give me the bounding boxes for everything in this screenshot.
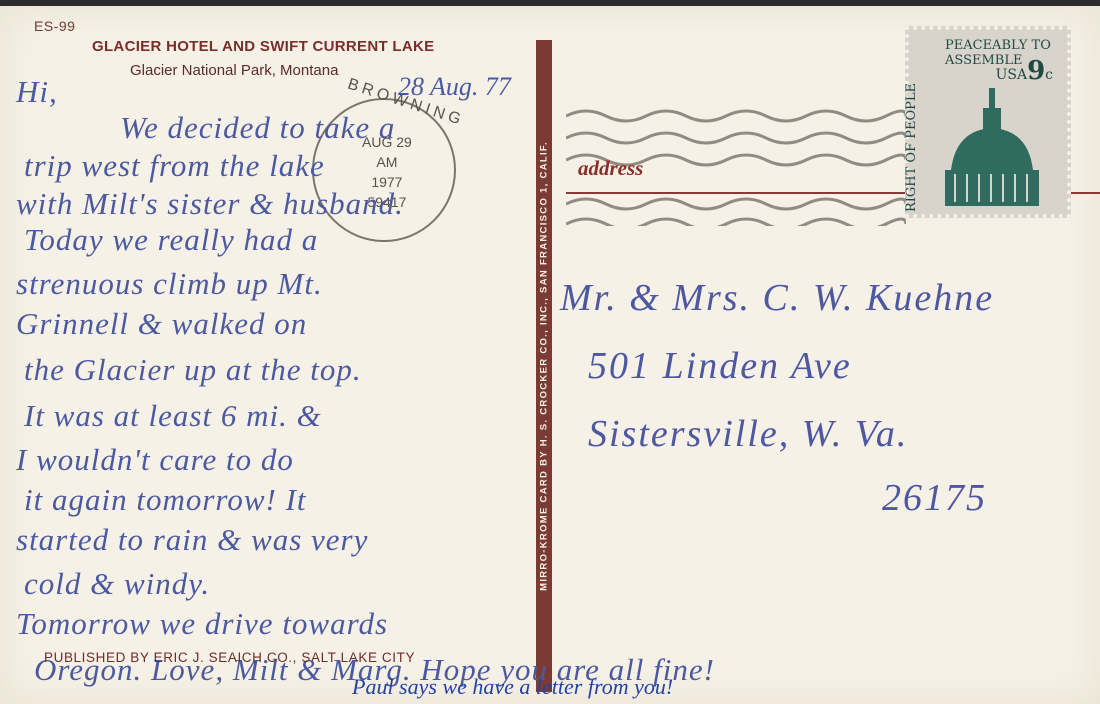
capitol-dome-icon: [931, 80, 1061, 210]
message-date: 28 Aug. 77: [398, 72, 511, 102]
card-code: ES-99: [34, 18, 75, 34]
message-line: I wouldn't care to do: [16, 442, 294, 478]
message-line: strenuous climb up Mt.: [16, 266, 323, 302]
address-label: address: [578, 156, 643, 181]
message-line: It was at least 6 mi. &: [24, 398, 322, 434]
divider-text: MIRRO-KROME CARD BY H. S. CROCKER CO., I…: [539, 141, 550, 591]
postage-stamp: PEACEABLY TO ASSEMBLE RIGHT OF PEOPLE US…: [905, 26, 1071, 218]
message-line: started to rain & was very: [16, 522, 368, 558]
recipient-street: 501 Linden Ave: [588, 344, 852, 388]
message-line: the Glacier up at the top.: [24, 352, 362, 388]
recipient-name: Mr. & Mrs. C. W. Kuehne: [560, 276, 994, 320]
message-line: Grinnell & walked on: [16, 306, 307, 342]
publisher-line: PUBLISHED BY ERIC J. SEAICH CO., SALT LA…: [44, 650, 415, 665]
card-title: GLACIER HOTEL AND SWIFT CURRENT LAKE: [92, 38, 434, 55]
postscript-line: Paul says we have a letter from you!: [352, 674, 673, 700]
stamp-motto-side: RIGHT OF PEOPLE: [904, 83, 919, 212]
message-line: Tomorrow we drive towards: [16, 606, 388, 642]
message-line: Today we really had a: [24, 222, 318, 258]
message-line: cold & windy.: [24, 566, 210, 602]
card-subtitle: Glacier National Park, Montana: [130, 62, 338, 79]
message-line: with Milt's sister & husband.: [16, 186, 404, 222]
message-line: We decided to take a: [120, 110, 395, 146]
recipient-city: Sistersville, W. Va.: [588, 412, 908, 456]
message-line: Hi,: [16, 74, 58, 110]
postcard-back: ES-99 GLACIER HOTEL AND SWIFT CURRENT LA…: [0, 6, 1100, 704]
message-line: trip west from the lake: [24, 148, 325, 184]
recipient-zip: 26175: [882, 476, 987, 520]
message-line: it again tomorrow! It: [24, 482, 307, 518]
